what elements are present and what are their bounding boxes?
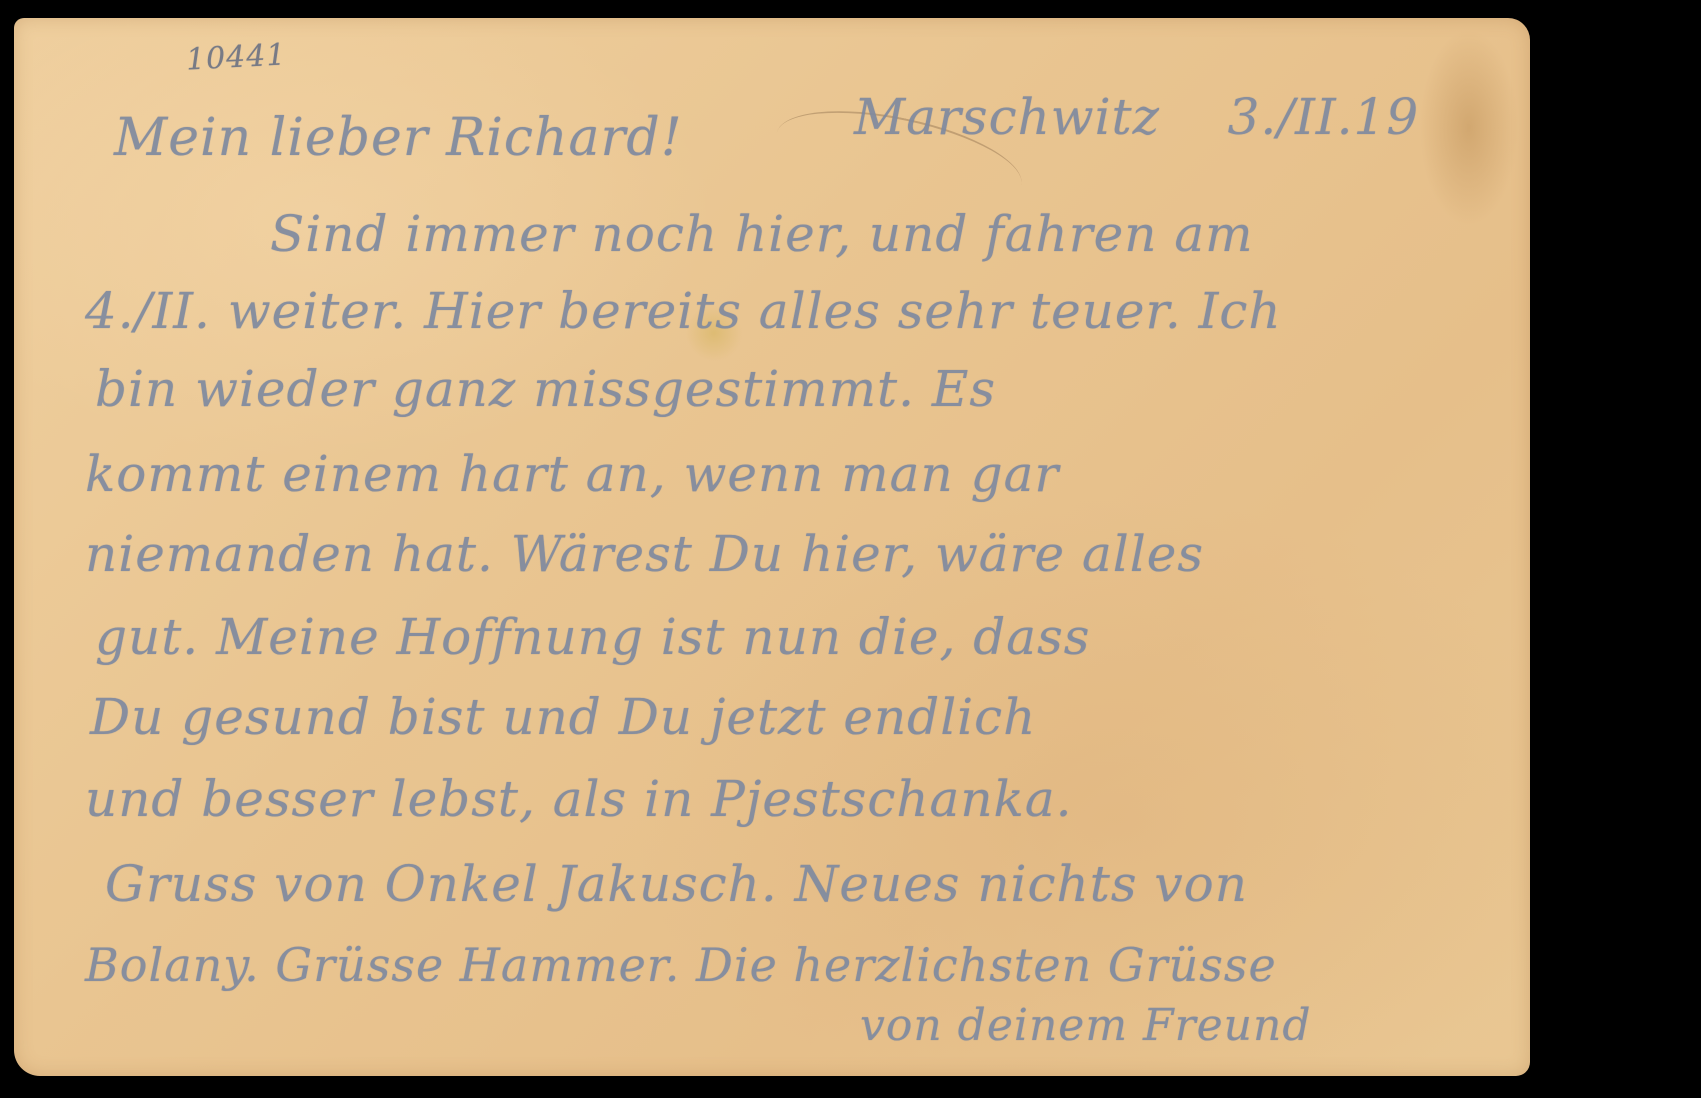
closing-signature: von deinem Freund bbox=[860, 1000, 1311, 1051]
letter-line: kommt einem hart an, wenn man gar bbox=[85, 445, 1059, 503]
postcard: 10441 Mein lieber Richard! Marschwitz 3.… bbox=[14, 18, 1530, 1076]
letter-line: niemanden hat. Wärest Du hier, wäre alle… bbox=[85, 525, 1204, 583]
letter-line: Sind immer noch hier, und fahren am bbox=[270, 205, 1254, 263]
letter-line: Du gesund bist und Du jetzt endlich bbox=[90, 688, 1036, 746]
letter-line: Bolany. Grüsse Hammer. Die herzlichsten … bbox=[85, 938, 1277, 992]
letter-line: 4./II. weiter. Hier bereits alles sehr t… bbox=[85, 282, 1282, 340]
letter-line: gut. Meine Hoffnung ist nun die, dass bbox=[95, 608, 1090, 666]
letter-line: Gruss von Onkel Jakusch. Neues nichts vo… bbox=[105, 855, 1248, 913]
letter-body: Sind immer noch hier, und fahren am 4./I… bbox=[14, 18, 1530, 1076]
letter-line: bin wieder ganz missgestimmt. Es bbox=[95, 360, 996, 418]
letter-line: und besser lebst, als in Pjestschanka. bbox=[85, 770, 1073, 828]
